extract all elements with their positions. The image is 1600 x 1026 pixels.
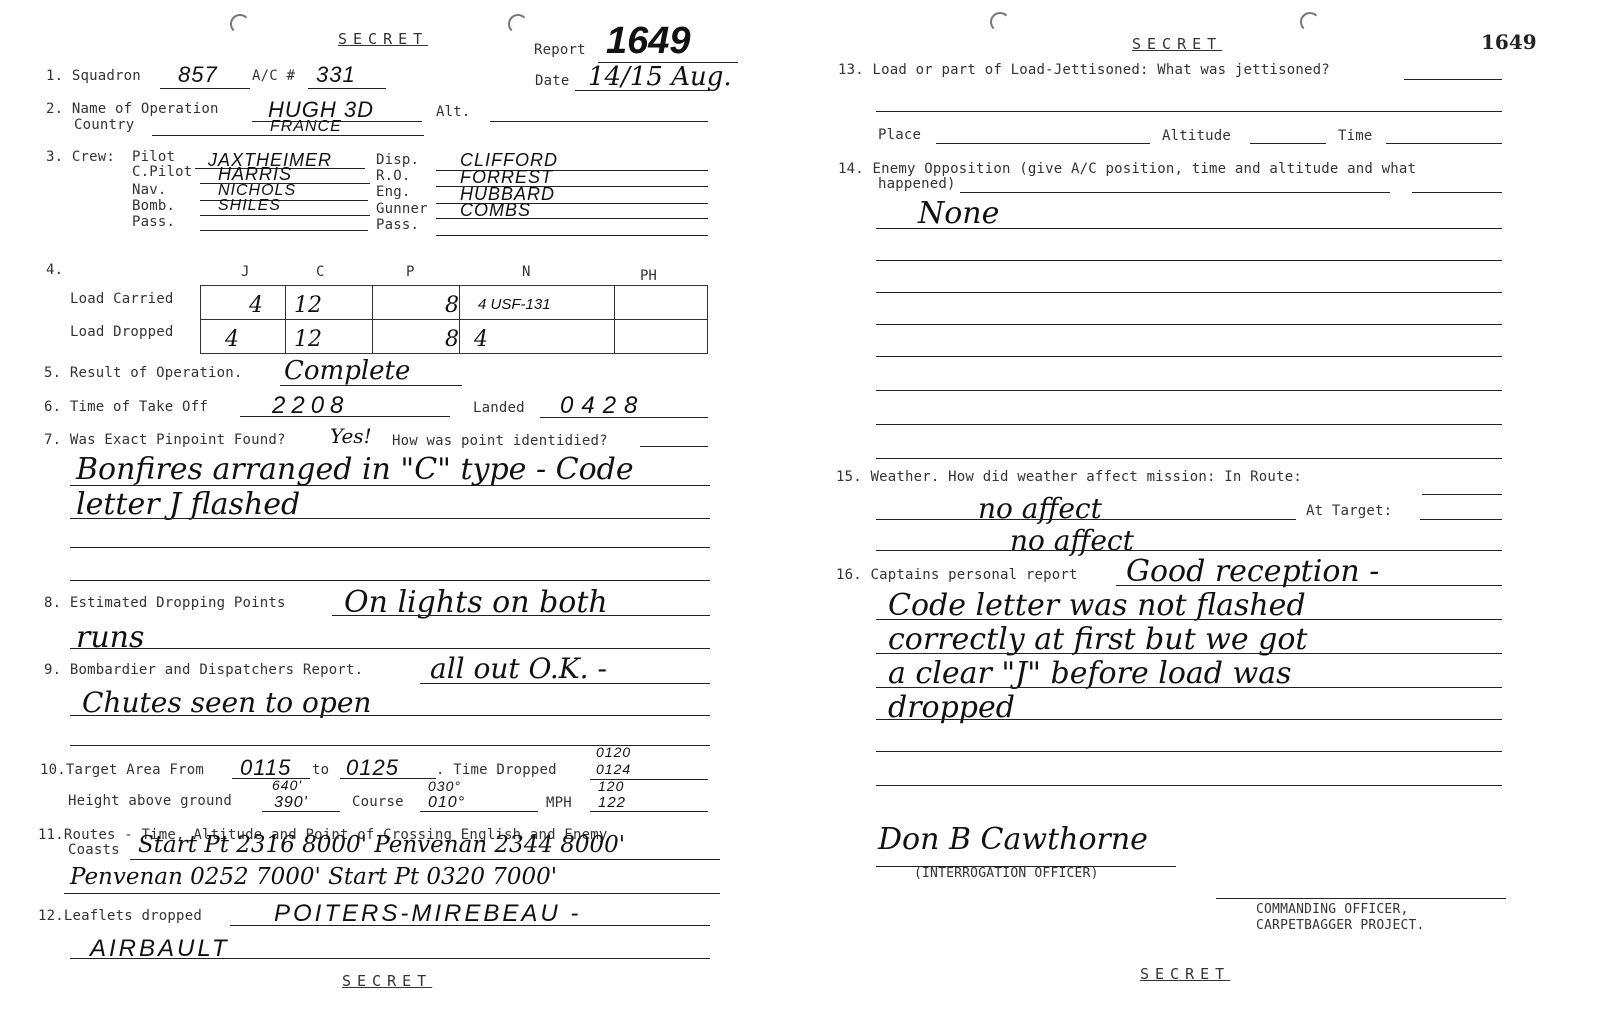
landed-label: Landed	[473, 400, 525, 416]
result-value[interactable]: Complete	[284, 356, 410, 386]
crew-role: Nav.	[132, 182, 167, 198]
mph-label: MPH	[546, 795, 572, 811]
page-number: 1649	[1481, 30, 1537, 54]
routes-line[interactable]: Penvenan 0252 7000' Start Pt 0320 7000'	[70, 864, 557, 890]
captain-report-line[interactable]: Code letter was not flashed	[888, 588, 1306, 623]
squadron-label: 1. Squadron	[46, 68, 141, 84]
crew-role: Pilot	[132, 149, 175, 165]
time-dropped-label: . Time Dropped	[436, 762, 557, 778]
height-value[interactable]: 390'	[274, 794, 308, 812]
course-label: Course	[352, 794, 404, 810]
time-dropped-value[interactable]: 0120	[596, 744, 631, 760]
alt-label: Alt.	[436, 104, 471, 120]
course-value[interactable]: 010°	[428, 794, 465, 812]
height-value[interactable]: 640'	[272, 777, 302, 793]
table-row: 4 12 8 4	[201, 320, 708, 354]
crew-role: Disp.	[376, 152, 419, 168]
place-label: Place	[878, 127, 921, 143]
punch-hole	[230, 14, 250, 34]
operation-label: 2. Name of Operation	[46, 101, 219, 117]
report-page-1: SECRET Report 1649 Date 14/15 Aug. 1. Sq…	[0, 0, 790, 1026]
secret-footer: SECRET	[1140, 965, 1230, 983]
squadron-value[interactable]: 857	[178, 62, 218, 88]
course-value[interactable]: 030°	[428, 778, 461, 794]
commanding-officer-title: COMMANDING OFFICER,	[1256, 902, 1409, 917]
punch-hole	[990, 12, 1010, 32]
crew-role: Pass.	[376, 217, 419, 233]
enemy-label-2: happened)	[878, 176, 956, 192]
punch-hole	[508, 14, 528, 34]
secret-footer: SECRET	[342, 972, 432, 990]
weather-target-label: At Target:	[1306, 503, 1392, 519]
commanding-officer-unit: CARPETBAGGER PROJECT.	[1256, 918, 1425, 933]
country-label: Country	[74, 117, 134, 133]
row-label: Load Dropped	[70, 324, 174, 340]
table-cell[interactable]: 4 USF-131	[478, 296, 551, 313]
captain-report-line[interactable]: Good reception -	[1126, 554, 1379, 589]
crew-role: Eng.	[376, 184, 411, 200]
enemy-label: 14. Enemy Opposition (give A/C position,…	[838, 161, 1416, 177]
crew-bomb[interactable]: SHILES	[218, 197, 281, 215]
crew-role: R.O.	[376, 168, 411, 184]
landed-value[interactable]: 0428	[560, 392, 645, 420]
crew-role: Bomb.	[132, 198, 175, 214]
interrogation-officer-signature: Don B Cawthorne	[878, 822, 1148, 857]
country-value[interactable]: FRANCE	[270, 118, 342, 136]
routes-label-2: Coasts	[68, 842, 120, 858]
report-label: Report	[534, 42, 586, 58]
jettisoned-label: 13. Load or part of Load-Jettisoned: Wha…	[838, 62, 1330, 78]
pinpoint-found-value[interactable]: Yes!	[330, 424, 372, 448]
dropping-points-label: 8. Estimated Dropping Points	[44, 595, 286, 611]
table-cell[interactable]: 4	[474, 327, 488, 352]
load-label: 4.	[46, 262, 63, 278]
row-label: Load Carried	[70, 291, 174, 307]
mph-value[interactable]: 120	[598, 778, 624, 794]
pinpoint-how-label: How was point identidied?	[392, 433, 608, 449]
crew-role: Gunner	[376, 201, 428, 217]
time-label: Time	[1338, 128, 1373, 144]
weather-at-target-value[interactable]: no affect	[1010, 524, 1134, 557]
leaflets-line[interactable]: POITERS-MIREBEAU -	[274, 900, 581, 928]
routes-line[interactable]: Start Pt 2316 8000' Penvenan 2344 8000'	[138, 832, 625, 858]
bombardier-label: 9. Bombardier and Dispatchers Report.	[44, 662, 363, 678]
table-cell[interactable]: 12	[294, 293, 322, 318]
ac-label: A/C #	[252, 68, 295, 84]
table-cell[interactable]: 8	[445, 327, 459, 352]
ac-value[interactable]: 331	[316, 62, 356, 88]
column-header: N	[522, 264, 530, 280]
punch-hole	[1300, 12, 1320, 32]
crew-role: Pass.	[132, 214, 175, 230]
date-value[interactable]: 14/15 Aug.	[588, 62, 732, 92]
column-header: C	[316, 264, 324, 280]
secret-header: SECRET	[1132, 35, 1222, 53]
height-label: Height above ground	[68, 793, 232, 809]
altitude-label: Altitude	[1162, 128, 1231, 144]
table-cell[interactable]: 4	[225, 327, 239, 352]
pinpoint-label: 7. Was Exact Pinpoint Found?	[44, 432, 286, 448]
column-header: P	[406, 264, 414, 280]
column-header: PH	[640, 268, 657, 284]
target-to-label: to	[312, 762, 329, 778]
column-header: J	[241, 264, 249, 280]
target-from-label: 10.Target Area From	[40, 762, 204, 778]
captain-report-label: 16. Captains personal report	[836, 567, 1078, 583]
secret-header: SECRET	[338, 30, 428, 48]
table-row: 4 12 8 4 USF-131	[201, 286, 708, 320]
leaflets-label: 12.Leaflets dropped	[38, 908, 202, 924]
crew-role: C.Pilot	[132, 164, 192, 180]
time-dropped-value[interactable]: 0124	[596, 761, 631, 777]
mph-value[interactable]: 122	[598, 794, 626, 811]
interrogation-officer-title: (INTERROGATION OFFICER)	[914, 866, 1099, 881]
date-label: Date	[535, 73, 570, 89]
result-label: 5. Result of Operation.	[44, 365, 242, 381]
pinpoint-line[interactable]: Bonfires arranged in "C" type - Code	[76, 452, 634, 487]
load-table: 4 12 8 4 USF-131 4 12 8 4	[200, 285, 708, 354]
dropping-points-line[interactable]: runs	[76, 620, 144, 655]
captain-report-line[interactable]: correctly at first but we got	[888, 622, 1307, 657]
takeoff-label: 6. Time of Take Off	[44, 399, 208, 415]
table-cell[interactable]: 4	[249, 293, 263, 318]
weather-en-route-value[interactable]: no affect	[978, 492, 1102, 525]
pinpoint-line[interactable]: letter J flashed	[76, 487, 300, 522]
captain-report-line[interactable]: a clear "J" before load was	[888, 656, 1292, 691]
table-cell[interactable]: 12	[294, 327, 322, 352]
crew-label: 3. Crew:	[46, 149, 115, 165]
bombardier-line[interactable]: all out O.K. -	[430, 652, 607, 685]
report-page-2: SECRET 1649 13. Load or part of Load-Jet…	[800, 0, 1600, 1026]
weather-label: 15. Weather. How did weather affect miss…	[836, 469, 1302, 485]
report-number[interactable]: 1649	[606, 20, 691, 63]
table-cell[interactable]: 8	[445, 293, 459, 318]
enemy-line[interactable]: None	[918, 196, 999, 231]
